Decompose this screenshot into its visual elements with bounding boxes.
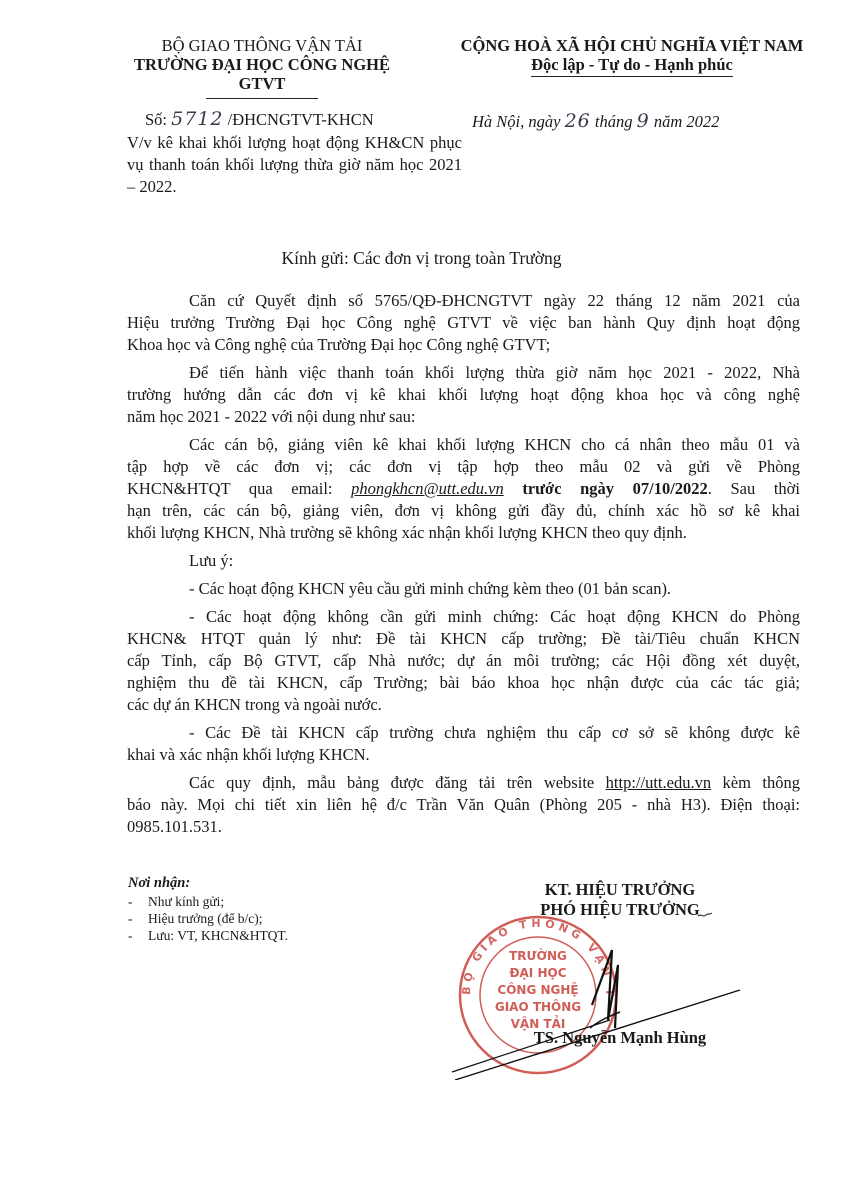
body-line: Căn cứ Quyết định số 5765/QĐ-ĐHCNGTVT ng… xyxy=(127,290,800,312)
phone-number: 0985.101.531. xyxy=(127,816,800,838)
school-name: TRƯỜNG ĐẠI HỌC CÔNG NGHỆ GTVT xyxy=(112,55,412,93)
body-line-email: KHCN&HTQT qua email: phongkhcn@utt.edu.v… xyxy=(127,478,800,500)
document-number: Số: 5712 /ĐHCNGTVT-KHCN xyxy=(145,108,374,130)
email-label: KHCN&HTQT qua email: xyxy=(127,479,351,498)
paragraph-purpose: Để tiến hành việc thanh toán khối lượng … xyxy=(127,362,800,428)
svg-text:TRƯỜNG: TRƯỜNG xyxy=(509,948,567,963)
recipient-item: -Lưu: VT, KHCN&HTQT. xyxy=(128,927,288,944)
signature-title-1: KT. HIỆU TRƯỞNG xyxy=(470,880,770,900)
svg-text:GIAO THÔNG: GIAO THÔNG xyxy=(495,999,581,1014)
header-underline xyxy=(206,98,318,99)
issuer-header: BỘ GIAO THÔNG VẬN TẢI TRƯỜNG ĐẠI HỌC CÔN… xyxy=(112,36,412,99)
signer-name: TS. Nguyễn Mạnh Hùng xyxy=(470,1028,770,1048)
document-body: Căn cứ Quyết định số 5765/QĐ-ĐHCNGTVT ng… xyxy=(127,290,800,844)
signature-block: KT. HIỆU TRƯỞNG PHÓ HIỆU TRƯỞNG TS. Nguy… xyxy=(470,880,770,920)
doc-number-handwritten: 5712 xyxy=(171,108,223,130)
body-line: các dự án KHCN trong và ngoài nước. xyxy=(127,694,800,716)
body-text: kèm thông xyxy=(711,773,800,792)
body-line: báo này. Mọi chi tiết xin liên hệ đ/c Tr… xyxy=(127,794,800,816)
recipients-title: Nơi nhận: xyxy=(128,875,288,892)
note-label: Lưu ý: xyxy=(127,550,800,572)
svg-text:CÔNG NGHỆ: CÔNG NGHỆ xyxy=(497,982,578,997)
body-line: - Các Đề tài KHCN cấp trường chưa nghiệm… xyxy=(127,722,800,744)
recipient-item: -Hiệu trưởng (để b/c); xyxy=(128,910,288,927)
signature-title-2: PHÓ HIỆU TRƯỞNG xyxy=(470,900,770,920)
body-line: KHCN& HTQT quản lý như: Đề tài KHCN cấp … xyxy=(127,628,800,650)
svg-text:ĐẠI HỌC: ĐẠI HỌC xyxy=(509,966,566,980)
date-prefix: Hà Nội, ngày xyxy=(472,112,565,131)
body-line: nghiệm thu đề tài KHCN, cấp Trường; bài … xyxy=(127,672,800,694)
recipient-text: Như kính gửi; xyxy=(148,893,224,910)
body-line: Để tiến hành việc thanh toán khối lượng … xyxy=(127,362,800,384)
date-day-handwritten: 26 xyxy=(565,110,591,132)
note-3: - Các Đề tài KHCN cấp trường chưa nghiệm… xyxy=(127,722,800,766)
body-line: cấp Tỉnh, cấp Bộ GTVT, cấp Nhà nước; dự … xyxy=(127,650,800,672)
body-text: Các quy định, mẫu bảng được đăng tải trê… xyxy=(189,773,606,792)
document-subject: V/v kê khai khối lượng hoạt động KH&CN p… xyxy=(127,132,462,198)
date-line: Hà Nội, ngày 26 tháng 9 năm 2022 xyxy=(472,110,719,132)
body-line: - Các hoạt động không cần gửi minh chứng… xyxy=(127,606,800,628)
ministry-name: BỘ GIAO THÔNG VẬN TẢI xyxy=(112,36,412,55)
official-stamp-icon: BỘ GIAO THÔNG VẬN TẢI TRƯỜNGĐẠI HỌCCÔNG … xyxy=(440,900,760,1080)
body-line: Khoa học và Công nghệ của Trường Đại học… xyxy=(127,334,800,356)
email-link[interactable]: phongkhcn@utt.edu.vn xyxy=(351,479,504,498)
republic-title: CỘNG HOÀ XÃ HỘI CHỦ NGHĨA VIỆT NAM xyxy=(432,36,832,55)
paragraph-legal-basis: Căn cứ Quyết định số 5765/QĐ-ĐHCNGTVT ng… xyxy=(127,290,800,356)
recipient-text: Lưu: VT, KHCN&HTQT. xyxy=(148,927,288,944)
paragraph-contact: Các quy định, mẫu bảng được đăng tải trê… xyxy=(127,772,800,838)
body-line: năm học 2021 - 2022 với nội dung như sau… xyxy=(127,406,800,428)
national-motto: Độc lập - Tự do - Hạnh phúc xyxy=(531,55,733,77)
paragraph-instructions: Các cán bộ, giảng viên kê khai khối lượn… xyxy=(127,434,800,544)
date-suffix: năm 2022 xyxy=(650,112,720,131)
deadline: trước ngày 07/10/2022 xyxy=(504,479,708,498)
recipient-text: Hiệu trưởng (để b/c); xyxy=(148,910,263,927)
body-line: khối lượng KHCN, Nhà trường sẽ không xác… xyxy=(127,522,800,544)
doc-number-prefix: Số: xyxy=(145,110,171,129)
recipients-block: Nơi nhận: -Như kính gửi; -Hiệu trưởng (đ… xyxy=(128,875,288,944)
doc-number-suffix: /ĐHCNGTVT-KHCN xyxy=(224,110,374,129)
body-line: hạn trên, các cán bộ, giảng viên, đơn vị… xyxy=(127,500,800,522)
website-link[interactable]: http://utt.edu.vn xyxy=(606,773,711,792)
note-2: - Các hoạt động không cần gửi minh chứng… xyxy=(127,606,800,716)
note-1: - Các hoạt động KHCN yêu cầu gửi minh ch… xyxy=(127,578,800,600)
body-line: Lưu ý: xyxy=(127,550,800,572)
body-line: - Các hoạt động KHCN yêu cầu gửi minh ch… xyxy=(127,578,800,600)
body-line: Hiệu trưởng Trường Đại học Công nghệ GTV… xyxy=(127,312,800,334)
body-line: Các cán bộ, giảng viên kê khai khối lượn… xyxy=(127,434,800,456)
body-line: khai và xác nhận khối lượng KHCN. xyxy=(127,744,800,766)
date-middle: tháng xyxy=(591,112,637,131)
greeting: Kính gửi: Các đơn vị trong toàn Trường xyxy=(0,248,843,269)
body-line: tập hợp về các đơn vị; các đơn vị tập hợ… xyxy=(127,456,800,478)
date-month-handwritten: 9 xyxy=(637,110,650,132)
body-line: trường hướng dẫn các đơn vị kê khai khối… xyxy=(127,384,800,406)
national-header: CỘNG HOÀ XÃ HỘI CHỦ NGHĨA VIỆT NAM Độc l… xyxy=(432,36,832,77)
body-text: . Sau thời xyxy=(708,479,800,498)
recipient-item: -Như kính gửi; xyxy=(128,893,288,910)
body-line-website: Các quy định, mẫu bảng được đăng tải trê… xyxy=(127,772,800,794)
